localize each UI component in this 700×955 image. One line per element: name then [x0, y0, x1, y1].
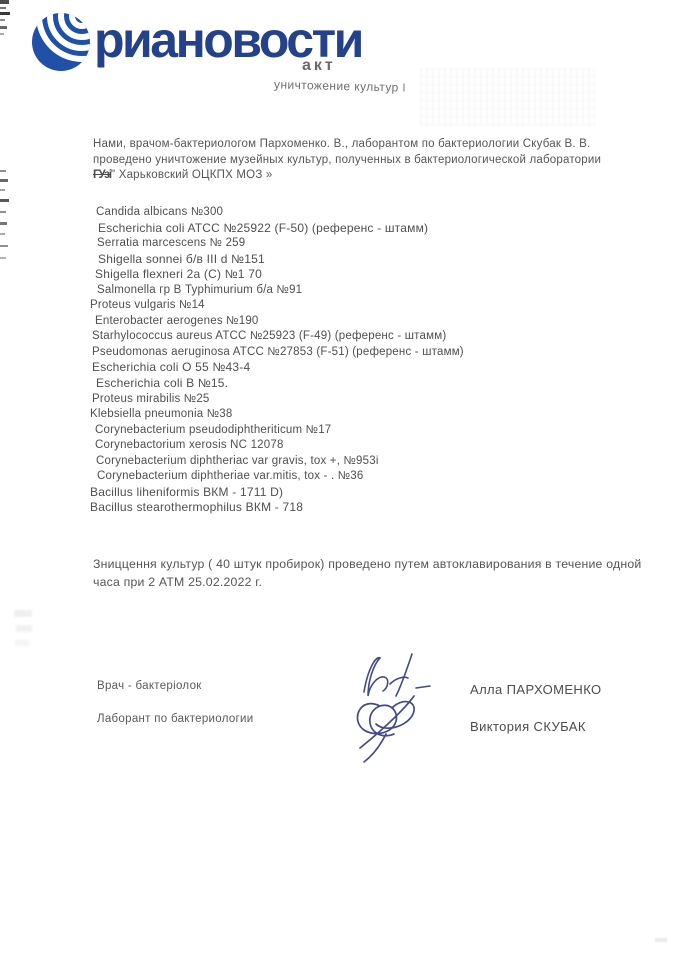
culture-item: Shigella flexneri 2a (C) №1 70	[90, 267, 650, 283]
scan-artifact	[0, 245, 8, 247]
crossed-out-text: ГУзі	[93, 169, 111, 181]
organization-name: " Харьковский ОЦКПХ МОЗ »	[111, 169, 272, 181]
culture-item: Pseudomonas aeruginosa ATCC №27853 (F-51…	[90, 345, 650, 361]
culture-item: Serratia marcescens № 259	[90, 236, 650, 252]
scan-artifact	[0, 7, 6, 9]
document-subtitle: уничтожение культур	[274, 77, 405, 94]
intro-line-2: проведено уничтожение музейных культур, …	[93, 153, 633, 169]
signer-role-doctor: Врач - бактеріолок	[97, 680, 202, 692]
signer-name-parkhomenko: Алла ПАРХОМЕНКО	[470, 682, 602, 697]
scan-artifact	[403, 84, 405, 92]
culture-item: Proteus mirabilis №25	[90, 392, 650, 408]
scan-artifact	[0, 199, 9, 202]
culture-item: Corynebacterium diphtheriac var gravis, …	[90, 454, 650, 470]
culture-item: Bacillus liheniformis ВКМ - 1711 D)	[90, 485, 650, 501]
destruction-line-1: Зниццення культур ( 40 штук пробирок) пр…	[93, 556, 648, 574]
scan-artifact	[0, 19, 5, 21]
document-subtitle-text: уничтожение культур	[274, 77, 399, 94]
scan-artifact	[0, 233, 5, 235]
scan-artifact	[0, 12, 10, 15]
ria-novosti-logo: риановости	[30, 8, 96, 74]
culture-item: Bacillus stearothermophilus ВКМ - 718	[90, 500, 650, 516]
globe-waves-icon	[30, 8, 96, 74]
culture-item: Proteus vulgaris №14	[90, 298, 650, 314]
culture-item: Escherichia coli ATCC №25922 (F-50) (реф…	[90, 221, 650, 237]
signer-name-skubak: Виктория СКУБАК	[470, 719, 586, 734]
scan-artifact	[0, 211, 6, 213]
scan-artifact	[15, 640, 29, 646]
culture-item: Candida albicans №300	[90, 205, 650, 221]
culture-item: Enterobacter aerogenes №190	[90, 314, 650, 330]
culture-item: Escherichia coli O 55 №43-4	[90, 360, 650, 376]
culture-item: Corynebacterium diphtheriae var.mitis, t…	[90, 469, 650, 485]
signer-role-lab-assistant: Лаборант по бактериологии	[97, 713, 254, 725]
culture-item: Corynebacterium pseudodiphtheriticum №17	[90, 423, 650, 439]
destruction-line-2: часа при 2 АТМ 25.02.2022 г.	[93, 574, 648, 592]
culture-list: Candida albicans №300 Escherichia coli A…	[90, 205, 650, 516]
scan-artifact	[0, 0, 9, 4]
handwritten-signature-icon	[346, 686, 450, 766]
intro-paragraph: Нами, врачом-бактериологом Пархоменко. В…	[93, 137, 633, 184]
scan-artifact	[0, 189, 5, 191]
scan-artifact	[14, 610, 32, 617]
intro-line-1: Нами, врачом-бактериологом Пархоменко. В…	[93, 137, 633, 153]
scan-artifact	[0, 179, 8, 182]
scan-artifact	[655, 938, 667, 942]
culture-item: Salmonella гр В Typhimurium б/а №91	[90, 283, 650, 299]
culture-item: Corynebactorium xerosis NC 12078	[90, 438, 650, 454]
scan-artifact	[0, 170, 6, 172]
culture-item: Klebsiella pneumonia №38	[90, 407, 650, 423]
scan-artifact	[0, 222, 7, 225]
culture-item: Shigella sonnei б/в III d №151	[90, 252, 650, 268]
destruction-statement: Зниццення культур ( 40 штук пробирок) пр…	[93, 556, 648, 591]
scanned-document-page: риановости акт уничтожение культур Нами,…	[0, 0, 700, 955]
culture-item: Starhylococcus aureus ATCC №25923 (F-49)…	[90, 329, 650, 345]
scan-artifact	[0, 33, 4, 35]
scan-noise-patch	[420, 68, 595, 126]
intro-org-line: ГУзі" Харьковский ОЦКПХ МОЗ »	[93, 168, 633, 184]
document-title: акт	[302, 57, 336, 75]
scan-artifact	[16, 625, 32, 632]
scan-artifact	[0, 257, 6, 259]
culture-item: Escherichia coli B №15.	[90, 376, 650, 392]
scan-artifact	[0, 26, 7, 29]
